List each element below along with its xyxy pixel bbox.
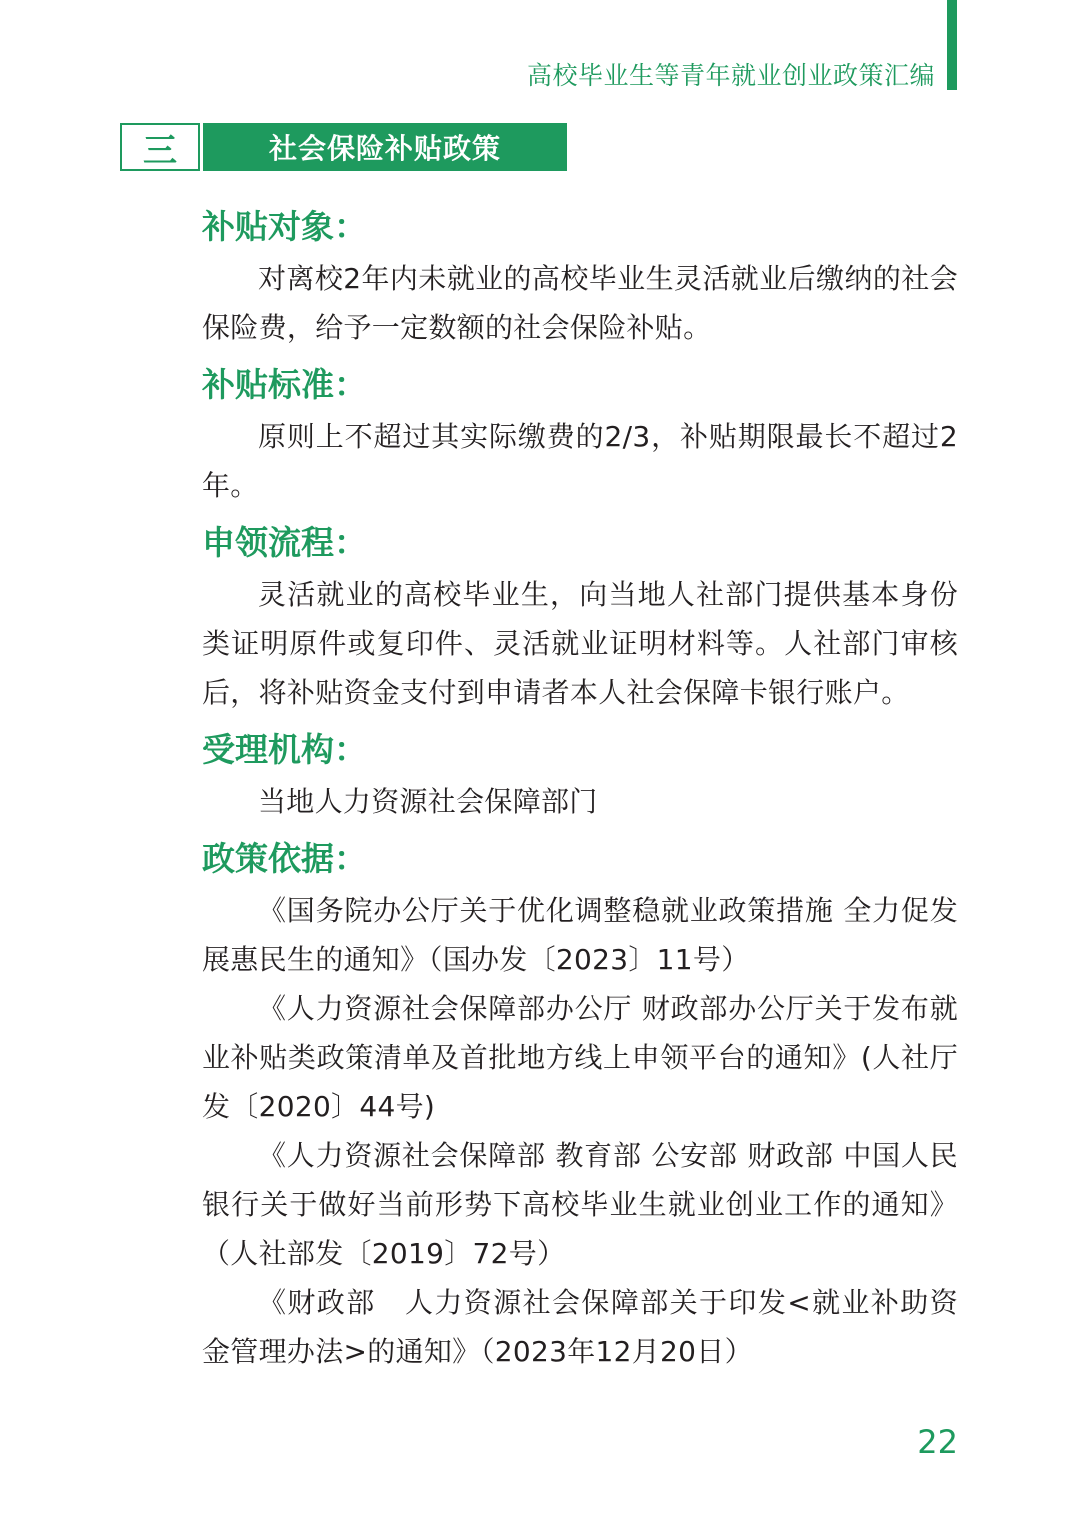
block-handling-agency: 受理机构： 当地人力资源社会保障部门 — [202, 723, 958, 826]
policy-reference: 《人力资源社会保障部 教育部 公安部 财政部 中国人民银行关于做好当前形势下高校… — [202, 1131, 958, 1278]
page-number: 22 — [900, 1423, 958, 1461]
running-header: 高校毕业生等青年就业创业政策汇编 — [505, 56, 935, 92]
sub-heading: 受理机构： — [202, 723, 958, 777]
section-heading: 三 社会保险补贴政策 — [120, 123, 567, 171]
policy-reference: 《人力资源社会保障部办公厅 财政部办公厅关于发布就业补贴类政策清单及首批地方线上… — [202, 984, 958, 1131]
side-accent-bar — [947, 0, 957, 90]
section-title: 社会保险补贴政策 — [203, 123, 567, 171]
policy-reference: 《国务院办公厅关于优化调整稳就业政策措施 全力促发展惠民生的通知》（国办发〔20… — [202, 886, 958, 984]
block-subsidy-target: 补贴对象： 对离校2年内未就业的高校毕业生灵活就业后缴纳的社会保险费，给予一定数… — [202, 200, 958, 352]
paragraph: 当地人力资源社会保障部门 — [202, 777, 958, 826]
sub-heading: 申领流程： — [202, 516, 958, 570]
block-policy-basis: 政策依据： 《国务院办公厅关于优化调整稳就业政策措施 全力促发展惠民生的通知》（… — [202, 832, 958, 1376]
sub-heading: 政策依据： — [202, 832, 958, 886]
page-content: 补贴对象： 对离校2年内未就业的高校毕业生灵活就业后缴纳的社会保险费，给予一定数… — [202, 200, 958, 1382]
paragraph: 灵活就业的高校毕业生，向当地人社部门提供基本身份类证明原件或复印件、灵活就业证明… — [202, 570, 958, 717]
block-application-process: 申领流程： 灵活就业的高校毕业生，向当地人社部门提供基本身份类证明原件或复印件、… — [202, 516, 958, 717]
section-number: 三 — [120, 123, 200, 171]
sub-heading: 补贴标准： — [202, 358, 958, 412]
paragraph: 原则上不超过其实际缴费的2/3，补贴期限最长不超过2年。 — [202, 412, 958, 510]
paragraph: 对离校2年内未就业的高校毕业生灵活就业后缴纳的社会保险费，给予一定数额的社会保险… — [202, 254, 958, 352]
policy-reference: 《财政部 人力资源社会保障部关于印发<就业补助资金管理办法>的通知》（2023年… — [202, 1278, 958, 1376]
sub-heading: 补贴对象： — [202, 200, 958, 254]
block-subsidy-standard: 补贴标准： 原则上不超过其实际缴费的2/3，补贴期限最长不超过2年。 — [202, 358, 958, 510]
